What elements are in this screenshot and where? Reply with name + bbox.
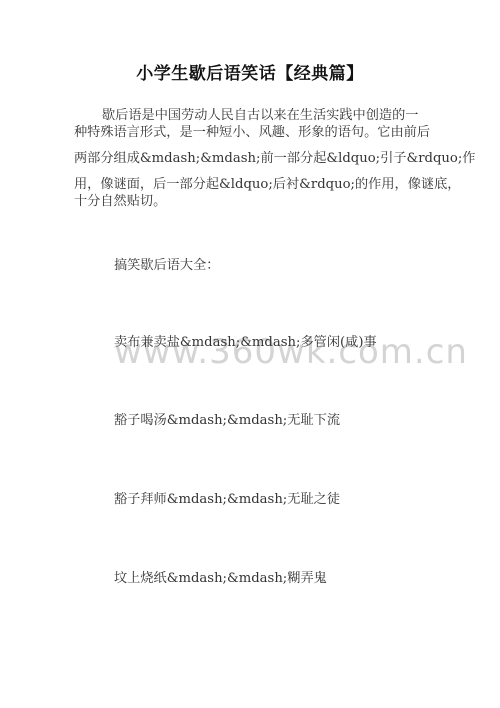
intro-line: 种特殊语言形式，是一种短小、风趣、形象的语句。它由前后 [74,124,446,141]
intro-line: 两部分组成&mdash;&mdash;前一部分起&ldquo;引子&rdquo;… [74,150,446,167]
intro-paragraph: 歇后语是中国劳动人民自古以来在生活实践中创造的一 种特殊语言形式，是一种短小、风… [74,107,446,210]
intro-line: 十分自然贴切。 [74,193,446,210]
section-heading: 搞笑歇后语大全： [114,254,220,273]
intro-line: 歇后语是中国劳动人民自古以来在生活实践中创造的一 [74,107,446,124]
list-item: 豁子喝汤&mdash;&mdash;无耻下流 [114,409,340,428]
list-item: 豁子拜师&mdash;&mdash;无耻之徒 [114,488,340,507]
list-item: 坟上烧纸&mdash;&mdash;糊弄鬼 [114,567,327,586]
document-page: 小学生歇后语笑话【经典篇】 歇后语是中国劳动人民自古以来在生活实践中创造的一 种… [0,0,500,708]
document-title: 小学生歇后语笑话【经典篇】 [0,59,500,84]
intro-line: 用，像谜面，后一部分起&ldquo;后衬&rdquo;的作用，像谜底， [74,176,446,193]
list-item: 卖布兼卖盐&mdash;&mdash;多管闲(咸)事 [114,331,377,350]
